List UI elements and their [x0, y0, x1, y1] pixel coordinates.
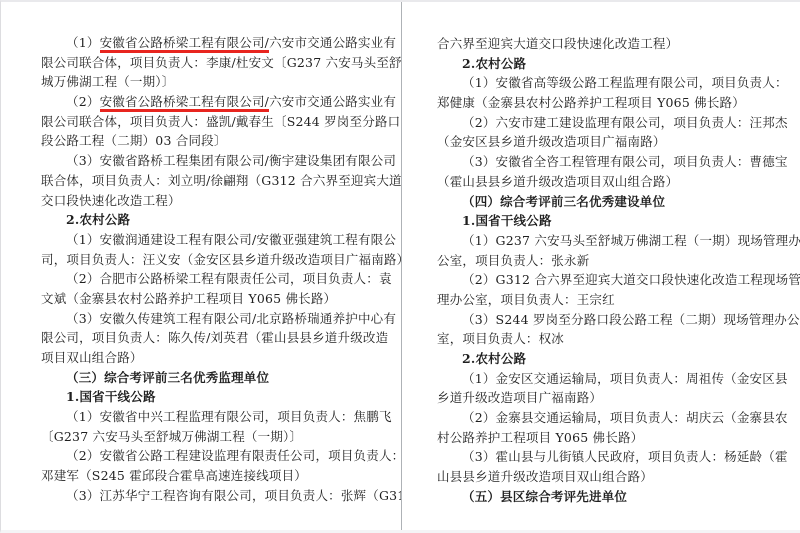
doc-line: （1）安徽润通建设工程有限公司/安徽亚强建筑工程有限公: [41, 230, 401, 250]
line-prefix: （2）: [66, 94, 100, 109]
doc-line: （霍山县县乡道升级改造项目双山组合路）: [437, 172, 800, 192]
doc-line: 郑健康（金寨县农村公路养护工程项目 Y065 佛长路）: [437, 93, 800, 113]
line-suffix: 六安市交通公路实业有: [269, 94, 396, 109]
doc-line: 项目双山组合路）: [41, 348, 401, 368]
line-prefix: （1）: [66, 35, 100, 50]
heading-line: 1.国省干线公路: [437, 211, 800, 231]
heading-line: 2.农村公路: [437, 349, 800, 369]
doc-line: 交口段快速化改造工程）: [41, 191, 401, 211]
doc-line: （2）六安市建工建设监理有限公司，项目负责人：汪邦杰: [437, 113, 800, 133]
line-suffix: 六安市交通公路实业有: [269, 35, 396, 50]
doc-line: （3）安徽省路桥工程集团有限公司/衡宇建设集团有限公司: [41, 151, 401, 171]
doc-line: 公室，项目负责人：张永新: [437, 251, 800, 271]
doc-line: （金安区县乡道升级改造项目广福南路）: [437, 132, 800, 152]
doc-line: （2）合肥市公路桥梁工程有限责任公司，项目负责人：袁: [41, 269, 401, 289]
doc-line: 联合体，项目负责人：刘立明/徐翩翔（G312 合六界至迎宾大道: [41, 171, 401, 191]
doc-line: 山县县乡道升级改造项目双山组合路）: [437, 467, 800, 487]
doc-line: 司，项目负责人：汪义安（金安区县乡道升级改造项目广福南路）: [41, 250, 401, 270]
doc-line: （1）安徽省高等级公路工程监理有限公司，项目负责人：: [437, 73, 800, 93]
doc-line: 限公司联合体，项目负责人：李康/杜安文〔G237 六安马头至舒: [41, 53, 401, 73]
doc-line: 室，项目负责人：权冰: [437, 329, 800, 349]
doc-line: （3）江苏华宁工程咨询有限公司，项目负责人：张辉（G312: [41, 486, 401, 506]
doc-line: （2）G312 合六界至迎宾大道交口段快速化改造工程现场管: [437, 270, 800, 290]
doc-line: （1）G237 六安马头至舒城万佛湖工程（一期）现场管理办: [437, 231, 800, 251]
doc-line: （3）安徽久传建筑工程有限公司/北京路桥瑞通养护中心有: [41, 309, 401, 329]
doc-line: （1）安徽省中兴工程监理有限公司，项目负责人：焦鹏飞: [41, 407, 401, 427]
doc-line: （2）金寨县交通运输局，项目负责人：胡庆云（金寨县农: [437, 408, 800, 428]
doc-line: 文斌（金寨县农村公路养护工程项目 Y065 佛长路）: [41, 289, 401, 309]
doc-line: （1）安徽省公路桥梁工程有限公司/六安市交通公路实业有: [41, 33, 401, 53]
doc-line: 乡道升级改造项目广福南路）: [437, 388, 800, 408]
red-underlined-text: 安徽省公路桥梁工程有限公司/: [100, 94, 270, 112]
heading-line: 2.农村公路: [41, 210, 401, 230]
heading-line: （三）综合考评前三名优秀监理单位: [41, 368, 401, 388]
doc-line: 限公司，项目负责人：陈久传/刘英君（霍山县县乡道升级改造: [41, 328, 401, 348]
heading-line: （四）综合考评前三名优秀建设单位: [437, 192, 800, 212]
document-viewer: （1）安徽省公路桥梁工程有限公司/六安市交通公路实业有限公司联合体，项目负责人：…: [0, 0, 800, 533]
two-page-spread: （1）安徽省公路桥梁工程有限公司/六安市交通公路实业有限公司联合体，项目负责人：…: [1, 2, 800, 530]
doc-line: 合六界至迎宾大道交口段快速化改造工程）: [437, 34, 800, 54]
red-underlined-text: 安徽省公路桥梁工程有限公司/: [100, 35, 270, 53]
doc-line: 限公司联合体，项目负责人：盛凯/戴春生〔S244 罗岗至分路口: [41, 112, 401, 132]
heading-line: 1.国省干线公路: [41, 387, 401, 407]
doc-line: （3）S244 罗岗至分路口段公路工程（二期）现场管理办公: [437, 310, 800, 330]
doc-line: （1）金安区交通运输局，项目负责人：周祖传（金安区县: [437, 369, 800, 389]
doc-line: 理办公室，项目负责人：王宗红: [437, 290, 800, 310]
doc-line: （2）安徽省公路工程建设监理有限责任公司，项目负责人：: [41, 446, 401, 466]
doc-line: 城万佛湖工程（一期）〕: [41, 72, 401, 92]
page-left: （1）安徽省公路桥梁工程有限公司/六安市交通公路实业有限公司联合体，项目负责人：…: [1, 2, 401, 530]
doc-line: 邓建军（S245 霍邱段合霍阜高速连接线项目）: [41, 466, 401, 486]
heading-line: 2.农村公路: [437, 54, 800, 74]
page-right: 合六界至迎宾大道交口段快速化改造工程）2.农村公路（1）安徽省高等级公路工程监理…: [401, 2, 800, 530]
doc-line: （3）霍山县与儿街镇人民政府，项目负责人：杨延龄（霍: [437, 447, 800, 467]
doc-line: 村公路养护工程项目 Y065 佛长路）: [437, 428, 800, 448]
heading-line: （五）县区综合考评先进单位: [437, 487, 800, 507]
doc-line: （2）安徽省公路桥梁工程有限公司/六安市交通公路实业有: [41, 92, 401, 112]
doc-line: 段公路工程（二期）03 合同段〕: [41, 131, 401, 151]
doc-line: （3）安徽省全咨工程管理有限公司，项目负责人：曹德宝: [437, 152, 800, 172]
doc-line: 〔G237 六安马头至舒城万佛湖工程（一期）〕: [41, 427, 401, 447]
